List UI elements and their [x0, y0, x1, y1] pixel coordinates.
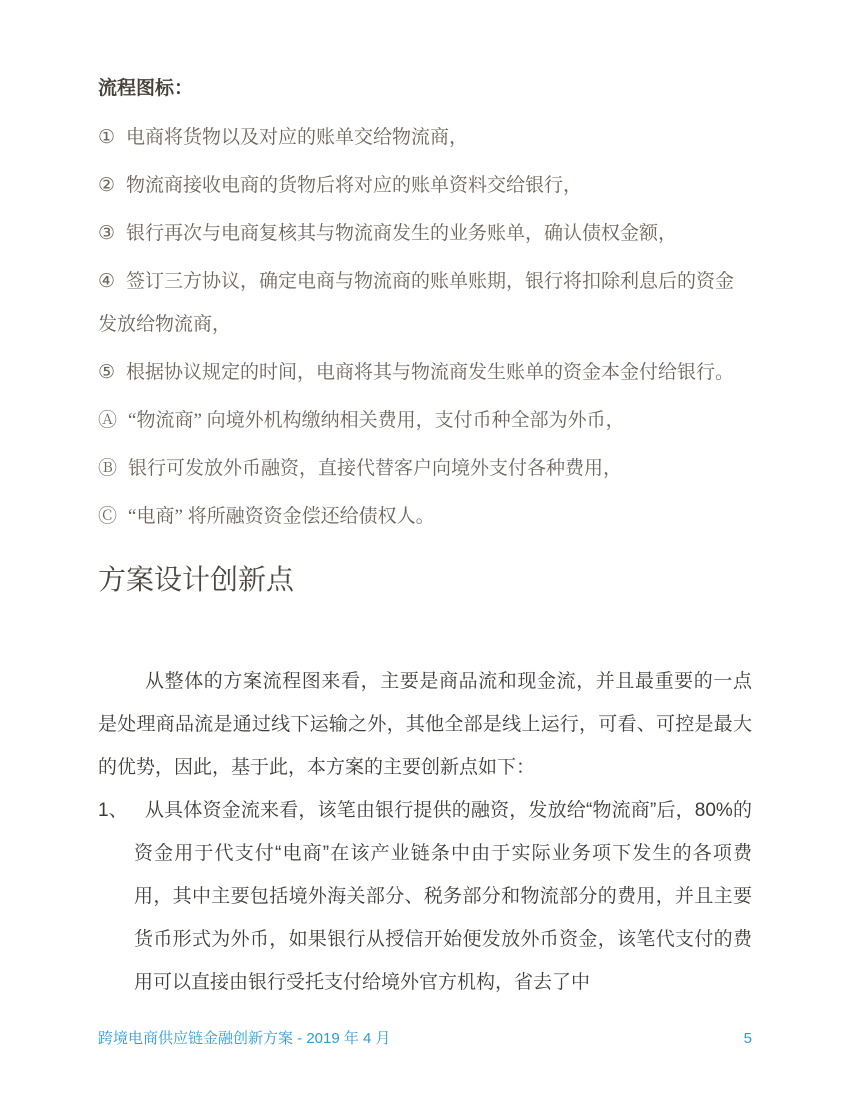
flow-items-list: ①电商将货物以及对应的账单交给物流商，②物流商接收电商的货物后将对应的账单资料交… [98, 116, 752, 538]
list-item: ⑤根据协议规定的时间，电商将其与物流商发生账单的资金本金付给银行。 [98, 351, 752, 394]
list-item-text: 物流商接收电商的货物后将对应的账单资料交给银行， [126, 175, 582, 196]
list-item-text: 签订三方协议，确定电商与物流商的账单账期，银行将扣除利息后的资金发放给物流商， [98, 271, 734, 335]
list-item-text: 银行可发放外币融资，直接代替客户向境外支付各种费用， [128, 458, 622, 479]
list-item-marker: Ⓐ [98, 399, 117, 442]
list-item: Ⓐ“物流商” 向境外机构缴纳相关费用，支付币种全部为外币， [98, 399, 752, 442]
list-item: ③银行再次与电商复核其与物流商发生的业务账单，确认债权金额， [98, 212, 752, 255]
document-page: 流程图标： ①电商将货物以及对应的账单交给物流商，②物流商接收电商的货物后将对应… [0, 0, 850, 1100]
list-item-marker: ③ [98, 212, 115, 255]
list-item: ②物流商接收电商的货物后将对应的账单资料交给银行， [98, 164, 752, 207]
list-item-text: “物流商” 向境外机构缴纳相关费用，支付币种全部为外币， [128, 410, 625, 431]
innovation-numbered-list: 1、从具体资金流来看，该笔由银行提供的融资，发放给“物流商”后，80%的资金用于… [98, 789, 752, 1004]
list-item-marker: ④ [98, 260, 115, 303]
list-item-marker: ⑤ [98, 351, 115, 394]
list-item-text: 银行再次与电商复核其与物流商发生的业务账单，确认债权金额， [126, 223, 677, 244]
page-content: 流程图标： ①电商将货物以及对应的账单交给物流商，②物流商接收电商的货物后将对应… [98, 78, 752, 1004]
list-item: Ⓑ银行可发放外币融资，直接代替客户向境外支付各种费用， [98, 447, 752, 490]
list-item: ④签订三方协议，确定电商与物流商的账单账期，银行将扣除利息后的资金发放给物流商， [98, 260, 752, 346]
list-item-text: 电商将货物以及对应的账单交给物流商， [126, 127, 468, 148]
list-item-marker: Ⓒ [98, 495, 117, 538]
footer-page-number: 5 [744, 1030, 752, 1048]
innovation-intro-paragraph: 从整体的方案流程图来看，主要是商品流和现金流，并且最重要的一点是处理商品流是通过… [98, 660, 752, 789]
list-item-text: 从具体资金流来看，该笔由银行提供的融资，发放给“物流商”后，80%的资金用于代支… [134, 800, 752, 993]
list-item: ①电商将货物以及对应的账单交给物流商， [98, 116, 752, 159]
list-item-text: “电商” 将所融资资金偿还给债权人。 [128, 506, 435, 527]
list-item: Ⓒ“电商” 将所融资资金偿还给债权人。 [98, 495, 752, 538]
list-item-marker: Ⓑ [98, 447, 117, 490]
list-item: 1、从具体资金流来看，该笔由银行提供的融资，发放给“物流商”后，80%的资金用于… [98, 789, 752, 1004]
innovation-section-heading: 方案设计创新点 [98, 560, 752, 600]
flow-icons-heading: 流程图标： [98, 78, 752, 100]
list-item-text: 根据协议规定的时间，电商将其与物流商发生账单的资金本金付给银行。 [126, 362, 734, 383]
list-item-marker: ① [98, 116, 115, 159]
list-item-marker: ② [98, 164, 115, 207]
page-footer: 跨境电商供应链金融创新方案 - 2019 年 4 月 5 [98, 1030, 752, 1048]
list-item-marker: 1、 [98, 789, 128, 832]
footer-document-title: 跨境电商供应链金融创新方案 - 2019 年 4 月 [98, 1030, 391, 1048]
